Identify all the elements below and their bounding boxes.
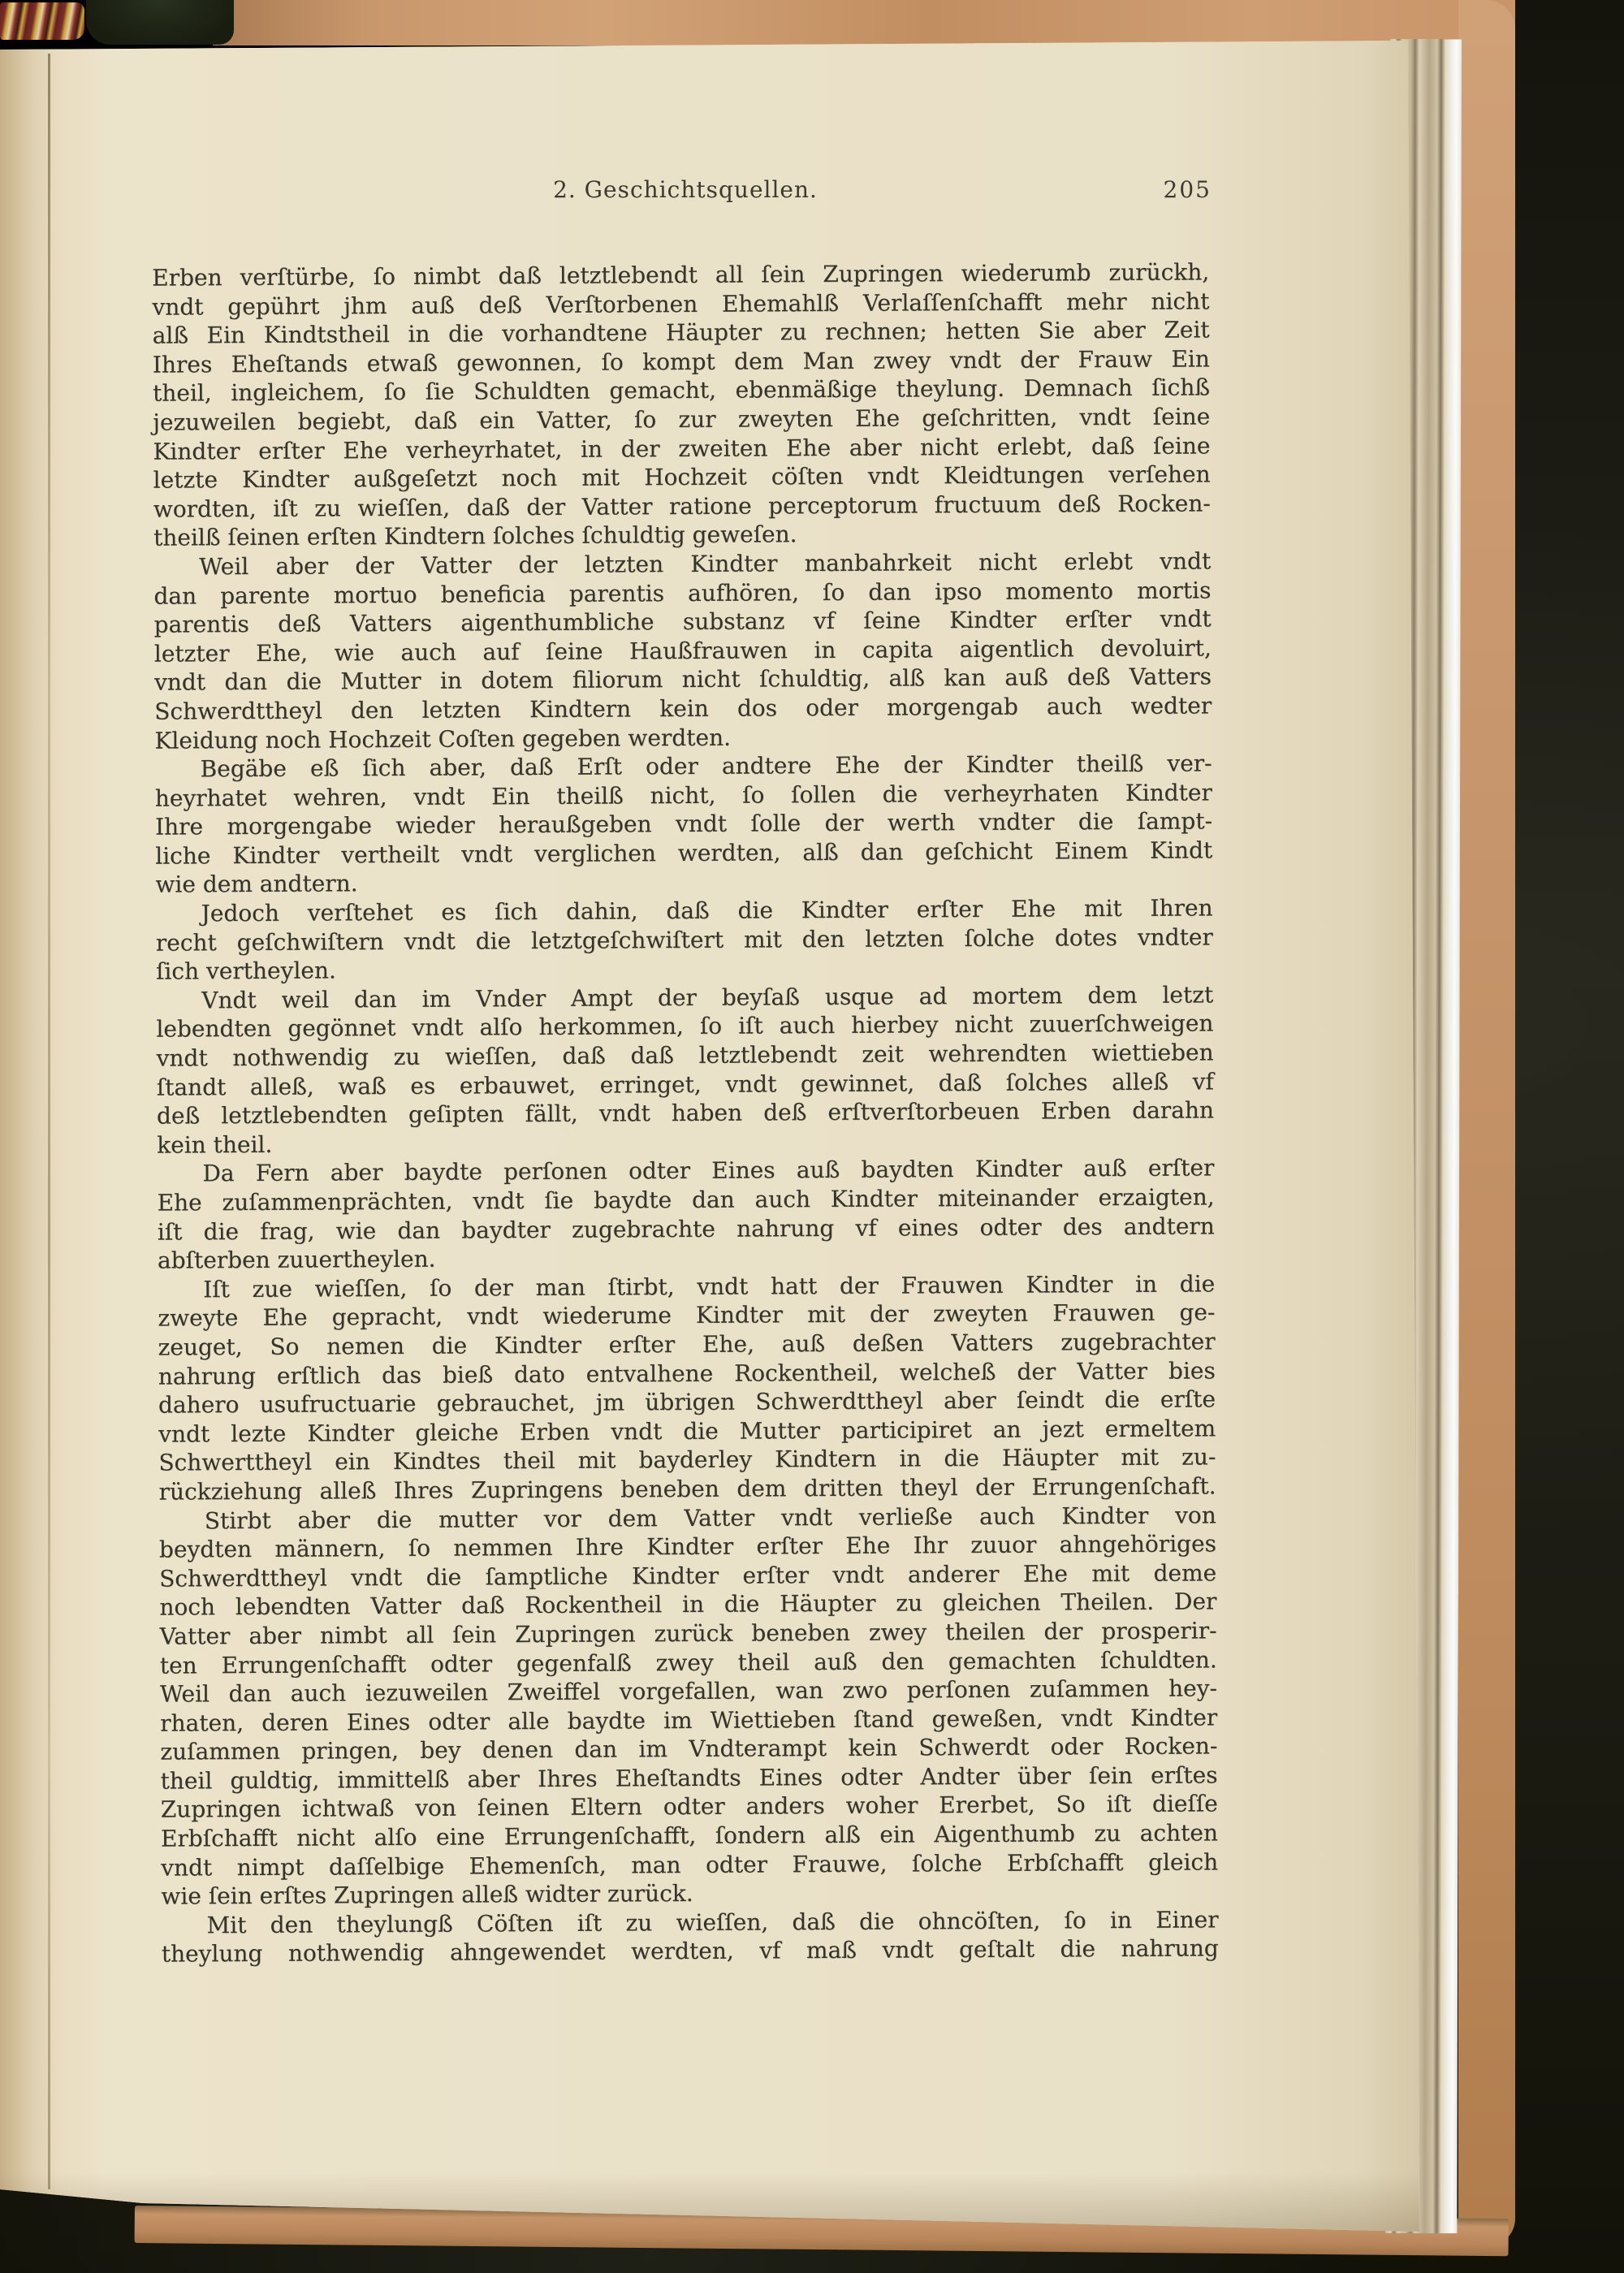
text-line: deß letztlebendten geſipten fällt, vndt … [157,1096,1214,1131]
paragraph: Mit den theylungß Cöſten iſt zu wieſſen,… [161,1905,1218,1968]
paragraph: Iſt zue wieſſen, ſo der man ſtirbt, vndt… [158,1269,1216,1506]
cover-edge-top [213,0,1515,45]
page-number: 205 [1164,175,1212,205]
spine-shadow [86,0,234,45]
gutter-crease [48,54,50,2189]
section-title: 2. Geschichtsquellen. [159,175,1212,205]
paragraph: Erben verſtürbe, ſo nimbt daß letztleben… [152,257,1211,552]
page-header: 2. Geschichtsquellen. 205 [159,175,1212,208]
text-line: Schwerdttheyl den letzten Kindtern kein … [154,691,1212,726]
text-line: iſt die frag, wie dan baydter zugebracht… [158,1212,1215,1247]
paragraph: Vndt weil dan im Vnder Ampt der beyſaß u… [156,980,1214,1160]
paragraph: Begäbe eß ſich aber, daß Erſt oder andte… [155,749,1213,899]
paragraph: Jedoch verſtehet es ſich dahin, daß die … [156,893,1214,986]
spine-endband [0,2,84,40]
cover-edge-right [1458,0,1515,2246]
text-block: Erben verſtürbe, ſo nimbt daß letztleben… [152,257,1219,1968]
book-photo: 2. Geschichtsquellen. 205 Erben verſtürb… [0,0,1624,2273]
text-line: vndt nimpt daſſelbige Ehemenſch, man odt… [161,1847,1218,1882]
text-line: theylung nothwendig ahngewendet werdten,… [162,1934,1219,1969]
book-page: 2. Geschichtsquellen. 205 Erben verſtürb… [0,0,1419,2240]
paragraph: Stirbt aber die mutter vor dem Vatter vn… [159,1501,1219,1912]
paragraph: Weil aber der Vatter der letzten Kindter… [153,547,1212,754]
paragraph: Da Fern aber baydte perſonen odter Eines… [157,1154,1215,1276]
text-line: recht geſchwiſtern vndt die letztgeſchwi… [156,923,1213,957]
